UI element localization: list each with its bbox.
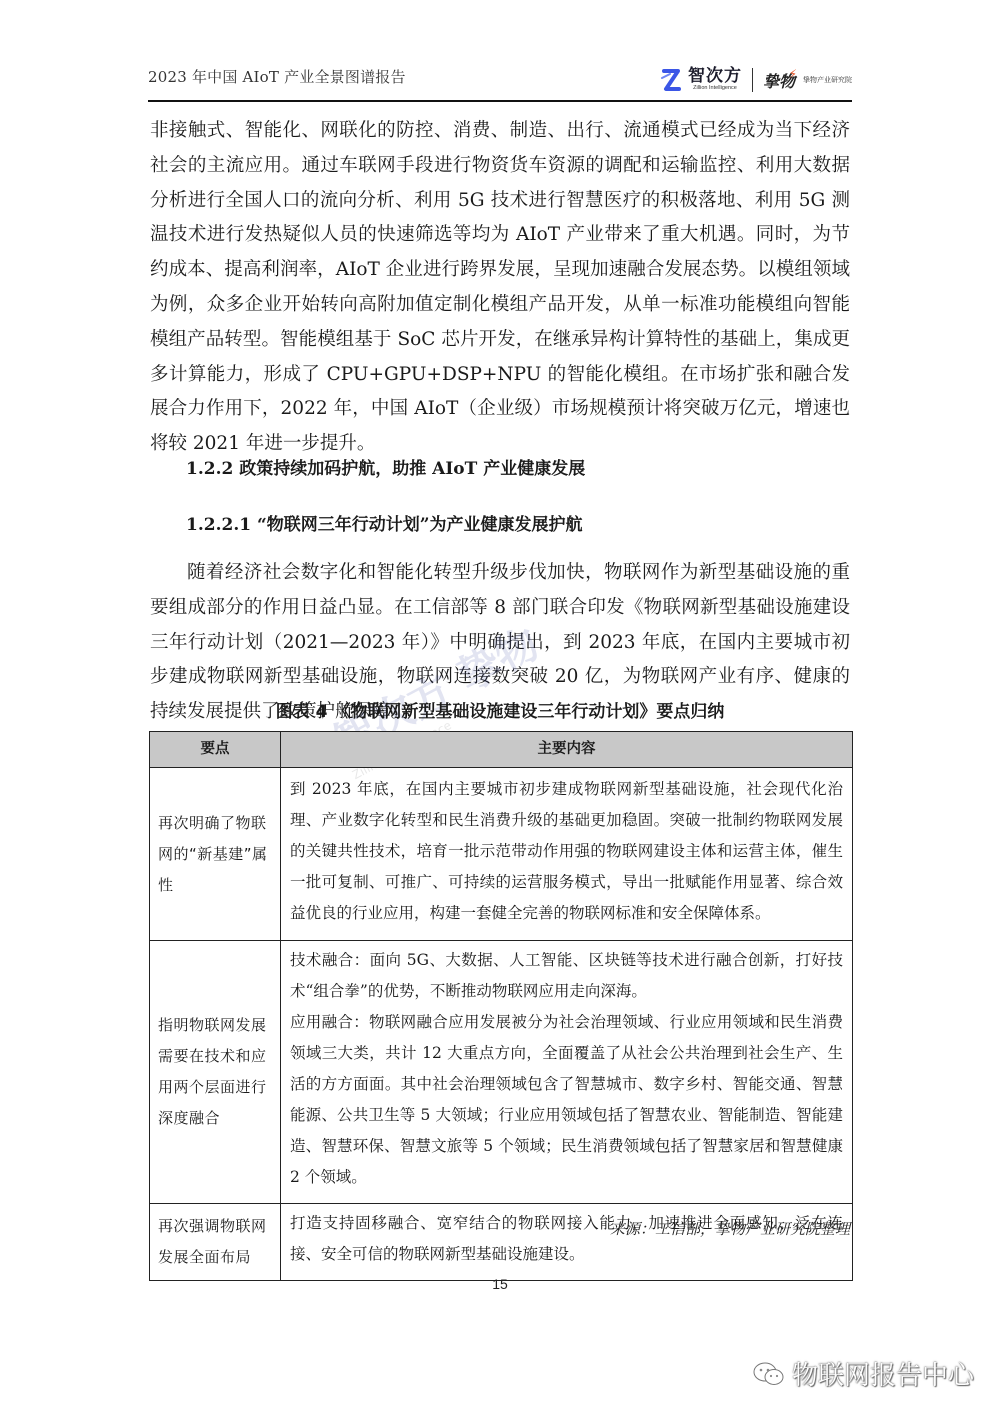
content-paragraph-tech-fusion: 技术融合：面向 5G、大数据、人工智能、区块链等技术进行融合创新，打好技术“组合…	[290, 945, 843, 1007]
figure-source: 来源：工信部，挚物产业研究院整理	[610, 1218, 850, 1239]
section-heading-1-2-2-1: 1.2.2.1 “物联网三年行动计划”为产业健康发展护航	[186, 510, 583, 535]
table-row: 再次强调物联网发展全面布局 打造支持固移融合、宽窄结合的物联网接入能力，加速推进…	[150, 1204, 853, 1281]
header-logos: 智次方 Zillion Intelligence 挚物⚡ 挚物产业研究院	[660, 65, 852, 95]
wechat-account-name: 物联网报告中心	[792, 1355, 974, 1392]
logo-divider	[752, 68, 753, 92]
zhicifang-logo-icon	[660, 68, 682, 92]
zhicifang-logo: 智次方 Zillion Intelligence	[688, 68, 742, 92]
table-row: 指明物联网发展需要在技术和应用两个层面进行深度融合 技术融合：面向 5G、大数据…	[150, 941, 853, 1204]
page-header: 2023 年中国 AIoT 产业全景图谱报告 智次方 Zillion Intel…	[148, 60, 852, 102]
wechat-watermark: 物联网报告中心	[752, 1355, 974, 1392]
column-header-main-content: 主要内容	[281, 732, 853, 768]
row-content: 技术融合：面向 5G、大数据、人工智能、区块链等技术进行融合创新，打好技术“组合…	[281, 941, 853, 1204]
table-header-row: 要点 主要内容	[150, 732, 853, 768]
report-title: 2023 年中国 AIoT 产业全景图谱报告	[148, 66, 406, 87]
row-content: 到 2023 年底，在国内主要城市初步建成物联网新型基础设施，社会现代化治理、产…	[281, 768, 853, 941]
zhicifang-logo-subtext: Zillion Intelligence	[693, 86, 737, 92]
column-header-key-point: 要点	[150, 732, 281, 768]
figure-title: 图表 4 《物联网新型基础设施建设三年行动计划》要点归纳	[150, 697, 850, 722]
section-heading-1-2-2: 1.2.2 政策持续加码护航，助推 AIoT 产业健康发展	[186, 454, 585, 479]
row-key-point: 再次明确了物联网的“新基建”属性	[150, 768, 281, 941]
zhiwu-logo-name: 挚物产业研究院	[803, 75, 852, 85]
row-key-point: 再次强调物联网发展全面布局	[150, 1204, 281, 1281]
zhiwu-logo: 挚物⚡	[763, 69, 795, 92]
page-number: 15	[0, 1276, 1000, 1292]
zhicifang-logo-text: 智次方	[688, 68, 742, 85]
body-paragraph-1: 非接触式、智能化、网联化的防控、消费、制造、出行、流通模式已经成为当下经济社会的…	[150, 114, 850, 462]
table-row: 再次明确了物联网的“新基建”属性 到 2023 年底，在国内主要城市初步建成物联…	[150, 768, 853, 941]
row-key-point: 指明物联网发展需要在技术和应用两个层面进行深度融合	[150, 941, 281, 1204]
content-paragraph-app-fusion: 应用融合：物联网融合应用发展被分为社会治理领域、行业应用领域和民生消费领域三大类…	[290, 1007, 843, 1193]
content-paragraph: 到 2023 年底，在国内主要城市初步建成物联网新型基础设施，社会现代化治理、产…	[290, 774, 843, 929]
policy-summary-table: 要点 主要内容 再次明确了物联网的“新基建”属性 到 2023 年底，在国内主要…	[149, 731, 853, 1281]
wechat-icon	[752, 1361, 786, 1387]
lightning-icon: ⚡	[789, 67, 797, 81]
row-content: 打造支持固移融合、宽窄结合的物联网接入能力，加速推进全面感知、泛在连接、安全可信…	[281, 1204, 853, 1281]
